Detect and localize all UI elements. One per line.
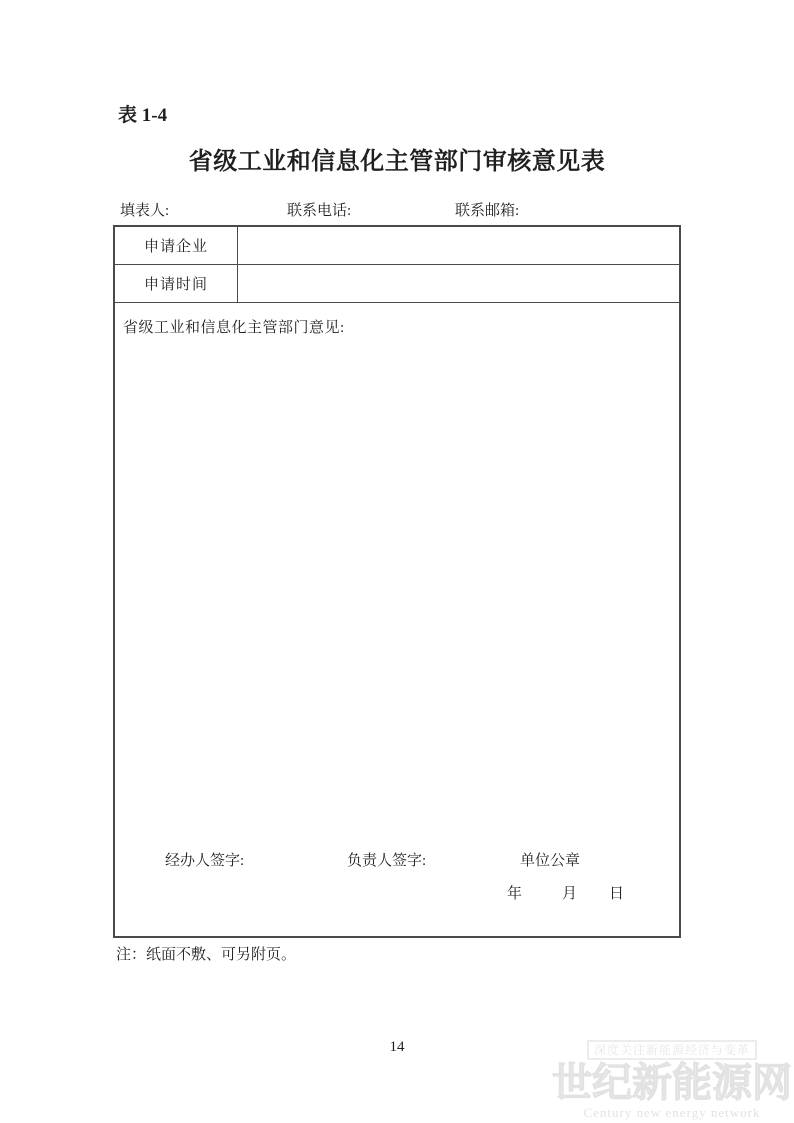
department-opinion-cell: 省级工业和信息化主管部门意见: 经办人签字: 负责人签字: 单位公章 年 月 日 bbox=[115, 303, 679, 936]
watermark-logo-text: 世纪新能源网 bbox=[550, 1061, 794, 1105]
table-row-application-time: 申请时间 bbox=[115, 265, 679, 303]
review-form-table: 申请企业 申请时间 省级工业和信息化主管部门意见: 经办人签字: 负责人签字: … bbox=[113, 225, 681, 938]
date-day-label: 日 bbox=[609, 882, 624, 903]
applicant-enterprise-label: 申请企业 bbox=[115, 227, 238, 264]
contact-email-label: 联系邮箱: bbox=[455, 199, 519, 220]
date-year-label: 年 bbox=[507, 882, 522, 903]
application-time-value bbox=[238, 265, 679, 302]
watermark-subtitle: Century new energy network bbox=[550, 1105, 794, 1121]
contact-row: 填表人: 联系电话: 联系邮箱: bbox=[0, 199, 794, 219]
handler-signature-label: 经办人签字: bbox=[165, 849, 244, 870]
applicant-enterprise-value bbox=[238, 227, 679, 264]
table-label: 表 1-4 bbox=[118, 100, 167, 127]
contact-phone-label: 联系电话: bbox=[287, 199, 351, 220]
page-number: 14 bbox=[0, 1039, 794, 1056]
date-month-label: 月 bbox=[562, 882, 577, 903]
responsible-signature-label: 负责人签字: bbox=[347, 849, 426, 870]
department-opinion-label: 省级工业和信息化主管部门意见: bbox=[123, 316, 345, 337]
application-time-label: 申请时间 bbox=[115, 265, 238, 302]
page-title: 省级工业和信息化主管部门审核意见表 bbox=[0, 141, 794, 176]
unit-seal-label: 单位公章 bbox=[520, 849, 580, 870]
document-page: 表 1-4 省级工业和信息化主管部门审核意见表 填表人: 联系电话: 联系邮箱:… bbox=[0, 0, 794, 1123]
footnote: 注：纸面不敷、可另附页。 bbox=[116, 943, 296, 964]
table-row-applicant-enterprise: 申请企业 bbox=[115, 227, 679, 265]
form-filler-label: 填表人: bbox=[120, 199, 169, 220]
